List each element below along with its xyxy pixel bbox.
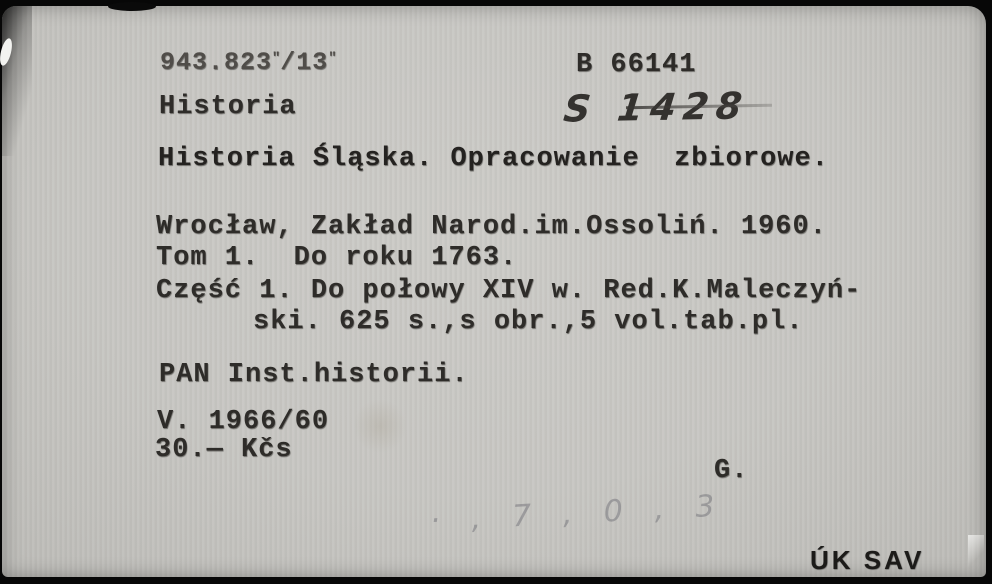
scan-corner-shadow [2, 6, 32, 156]
catalog-card: 943.823"/13" Historia B 66141 S 1428 His… [2, 6, 986, 577]
pencil-annotation: · , 7 , 0 , 3 [429, 488, 726, 538]
imprint-line: Wrocław, Zakład Narod.im.Ossoliń. 1960. [156, 212, 827, 242]
call-number: 943.823"/13" [160, 48, 337, 77]
call-number-superscript: " [328, 51, 336, 66]
cataloguer-initial: G. [714, 456, 748, 486]
library-stamp: ÚK SAV [810, 545, 924, 576]
corner-fold-artifact [968, 535, 984, 569]
price-line: 30.— Kčs [155, 435, 293, 465]
call-number-part: 943.823 [160, 48, 272, 77]
scan-top-blotch [108, 2, 156, 11]
institution-line: PAN Inst.historii. [159, 360, 469, 390]
subject-heading: Historia [159, 92, 297, 122]
title-line: Historia Śląska. Opracowanie zbiorowe. [158, 144, 829, 174]
accession-number: B 66141 [576, 50, 696, 80]
part-line-1: Część 1. Do połowy XIV w. Red.K.Maleczyń… [156, 276, 861, 306]
call-number-part: /13 [280, 48, 328, 77]
paper-stain [354, 398, 406, 454]
acquisition-line: V. 1966/60 [157, 407, 329, 437]
scanned-catalog-card-page: { "card": { "call_number": { "p1": "943.… [0, 0, 992, 584]
part-line-2: ski. 625 s.,s obr.,5 vol.tab.pl. [253, 307, 803, 337]
volume-line: Tom 1. Do roku 1763. [156, 243, 517, 273]
